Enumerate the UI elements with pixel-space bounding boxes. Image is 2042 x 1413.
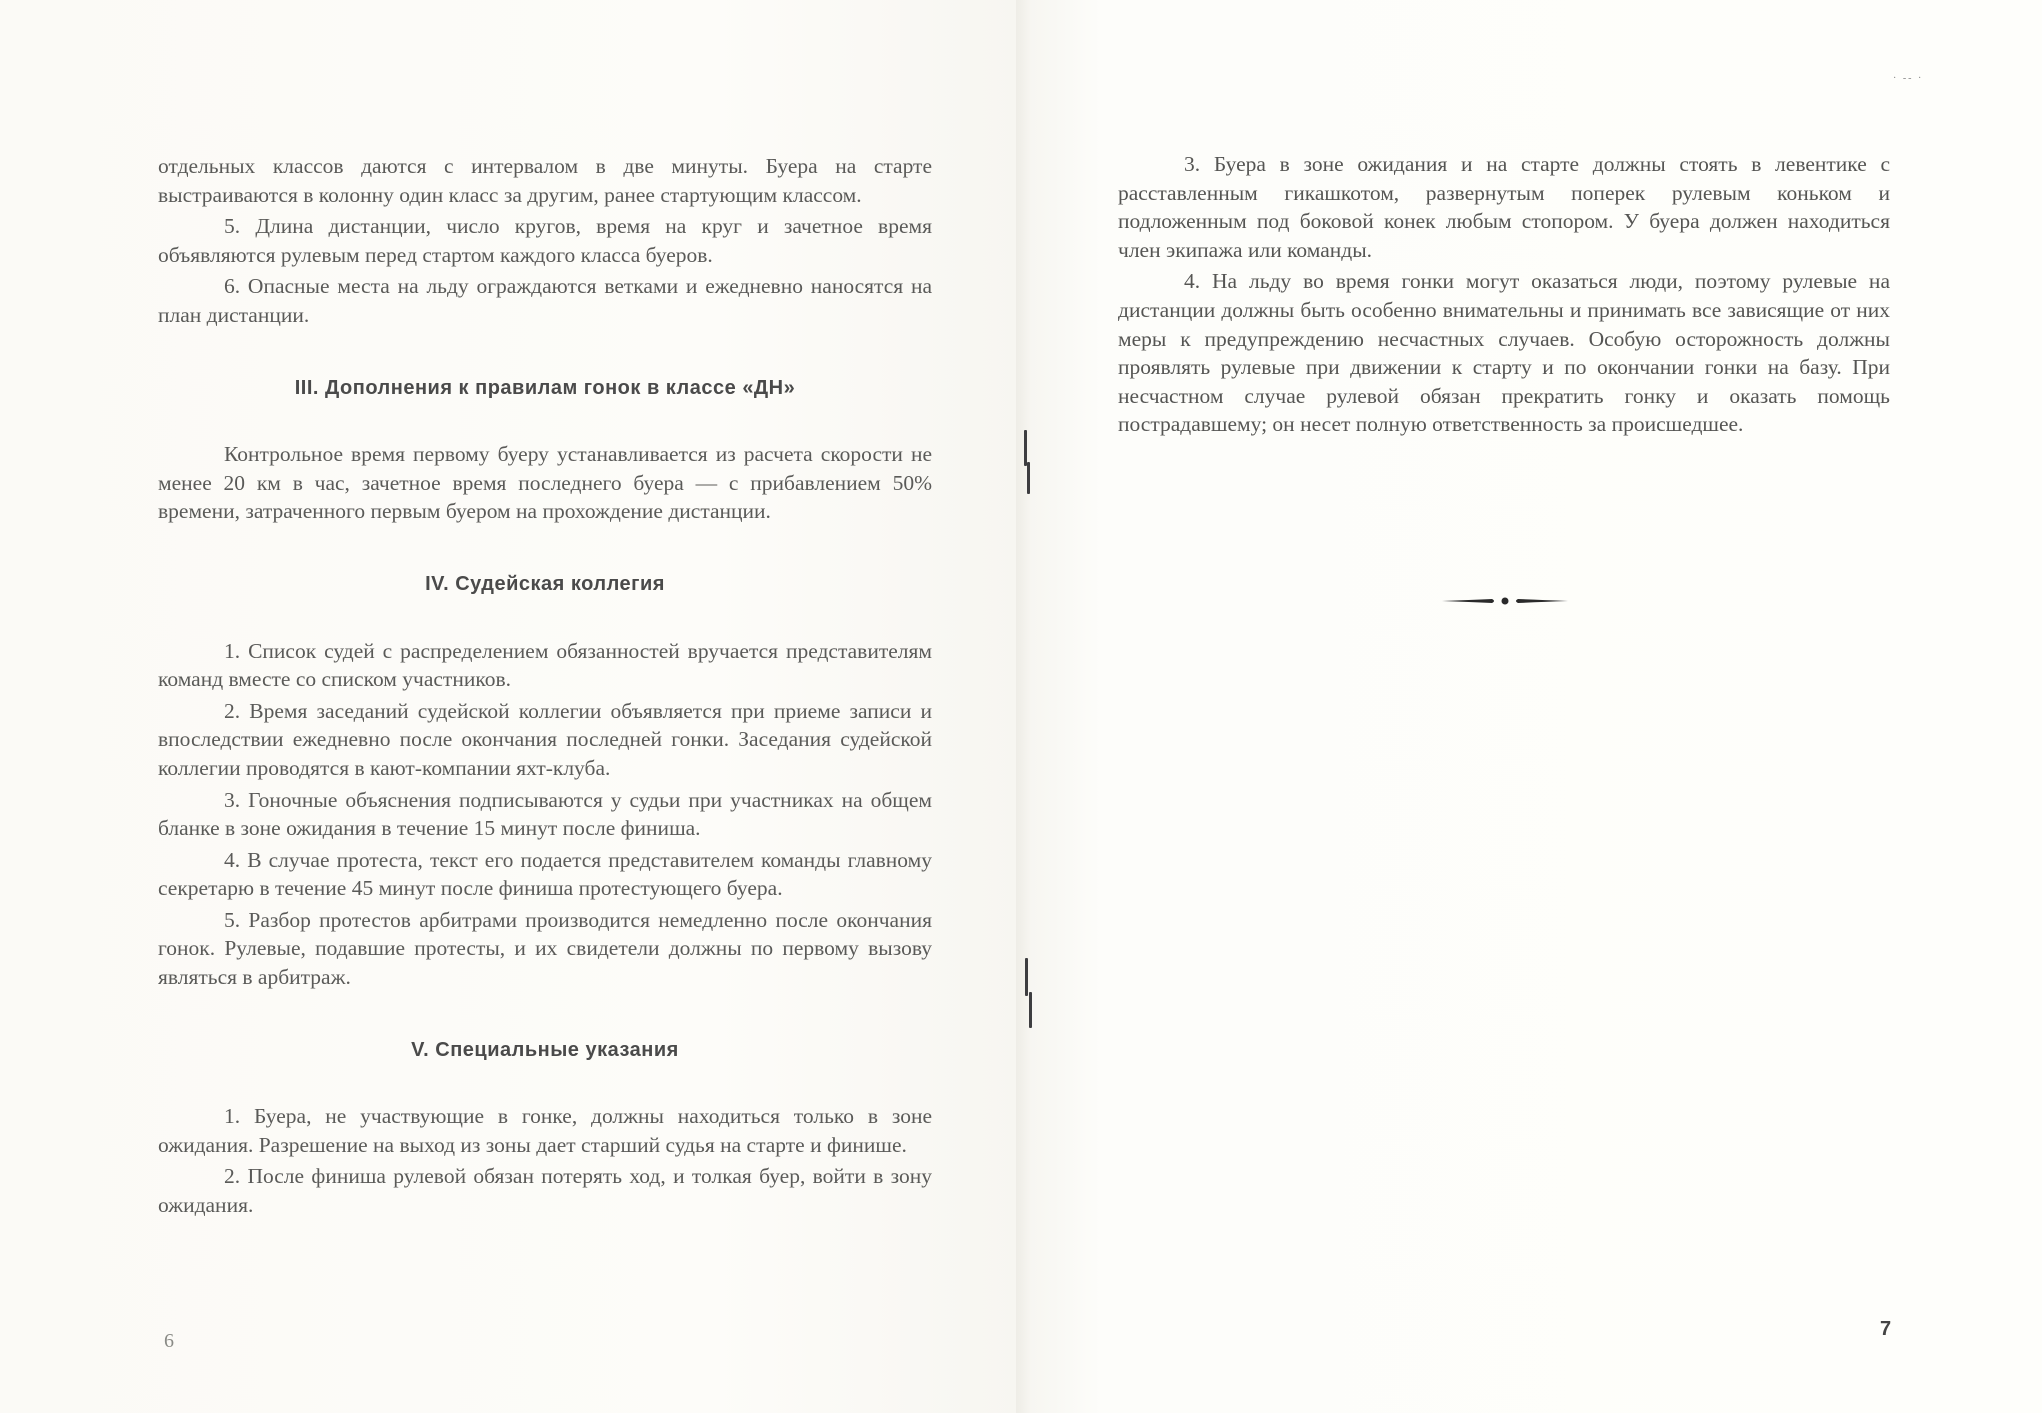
staple-bottom-icon	[1025, 958, 1028, 996]
paragraph: 1. Список судей с распределением обязанн…	[158, 637, 932, 694]
staple-bottom-icon	[1029, 992, 1032, 1028]
book-gutter	[1016, 0, 1030, 1413]
paragraph: 5. Разбор протестов арбитрами производит…	[158, 906, 932, 992]
book-spread: отдельных классов даются с интервалом в …	[0, 0, 2042, 1413]
staple-top-icon	[1024, 430, 1027, 466]
paragraph: 1. Буера, не участвующие в гонке, должны…	[158, 1102, 932, 1159]
section-heading: V. Специальные указания	[158, 1036, 932, 1065]
paragraph: 2. После финиша рулевой обязан потерять …	[158, 1162, 932, 1219]
section-heading: III. Дополнения к правилам гонок в класс…	[158, 374, 932, 403]
right-page-text: 3. Буера в зоне ожидания и на старте дол…	[1118, 150, 1890, 439]
paragraph: 3. Гоночные объяснения подписываются у с…	[158, 786, 932, 843]
section-heading: IV. Судейская коллегия	[158, 570, 932, 599]
page-number-right: 7	[1880, 1318, 1891, 1341]
paragraph: 6. Опасные места на льду ограждаются вет…	[158, 272, 932, 329]
paragraph: 2. Время заседаний судейской коллегии об…	[158, 697, 932, 783]
paragraph: 5. Длина дистанции, число кругов, время …	[158, 212, 932, 269]
left-page-text: отдельных классов даются с интервалом в …	[158, 152, 932, 1220]
paragraph: Контрольное время первому буеру устанавл…	[158, 440, 932, 526]
page-number-left: 6	[164, 1330, 174, 1353]
staple-top-icon	[1027, 462, 1030, 494]
print-specks: · -- ·	[1893, 73, 1923, 84]
paragraph: отдельных классов даются с интервалом в …	[158, 152, 932, 209]
paragraph: 4. На льду во время гонки могут оказатьс…	[1118, 267, 1890, 439]
ornament-divider-icon	[1440, 594, 1570, 608]
paragraph: 4. В случае протеста, текст его подается…	[158, 846, 932, 903]
paragraph: 3. Буера в зоне ожидания и на старте дол…	[1118, 150, 1890, 264]
